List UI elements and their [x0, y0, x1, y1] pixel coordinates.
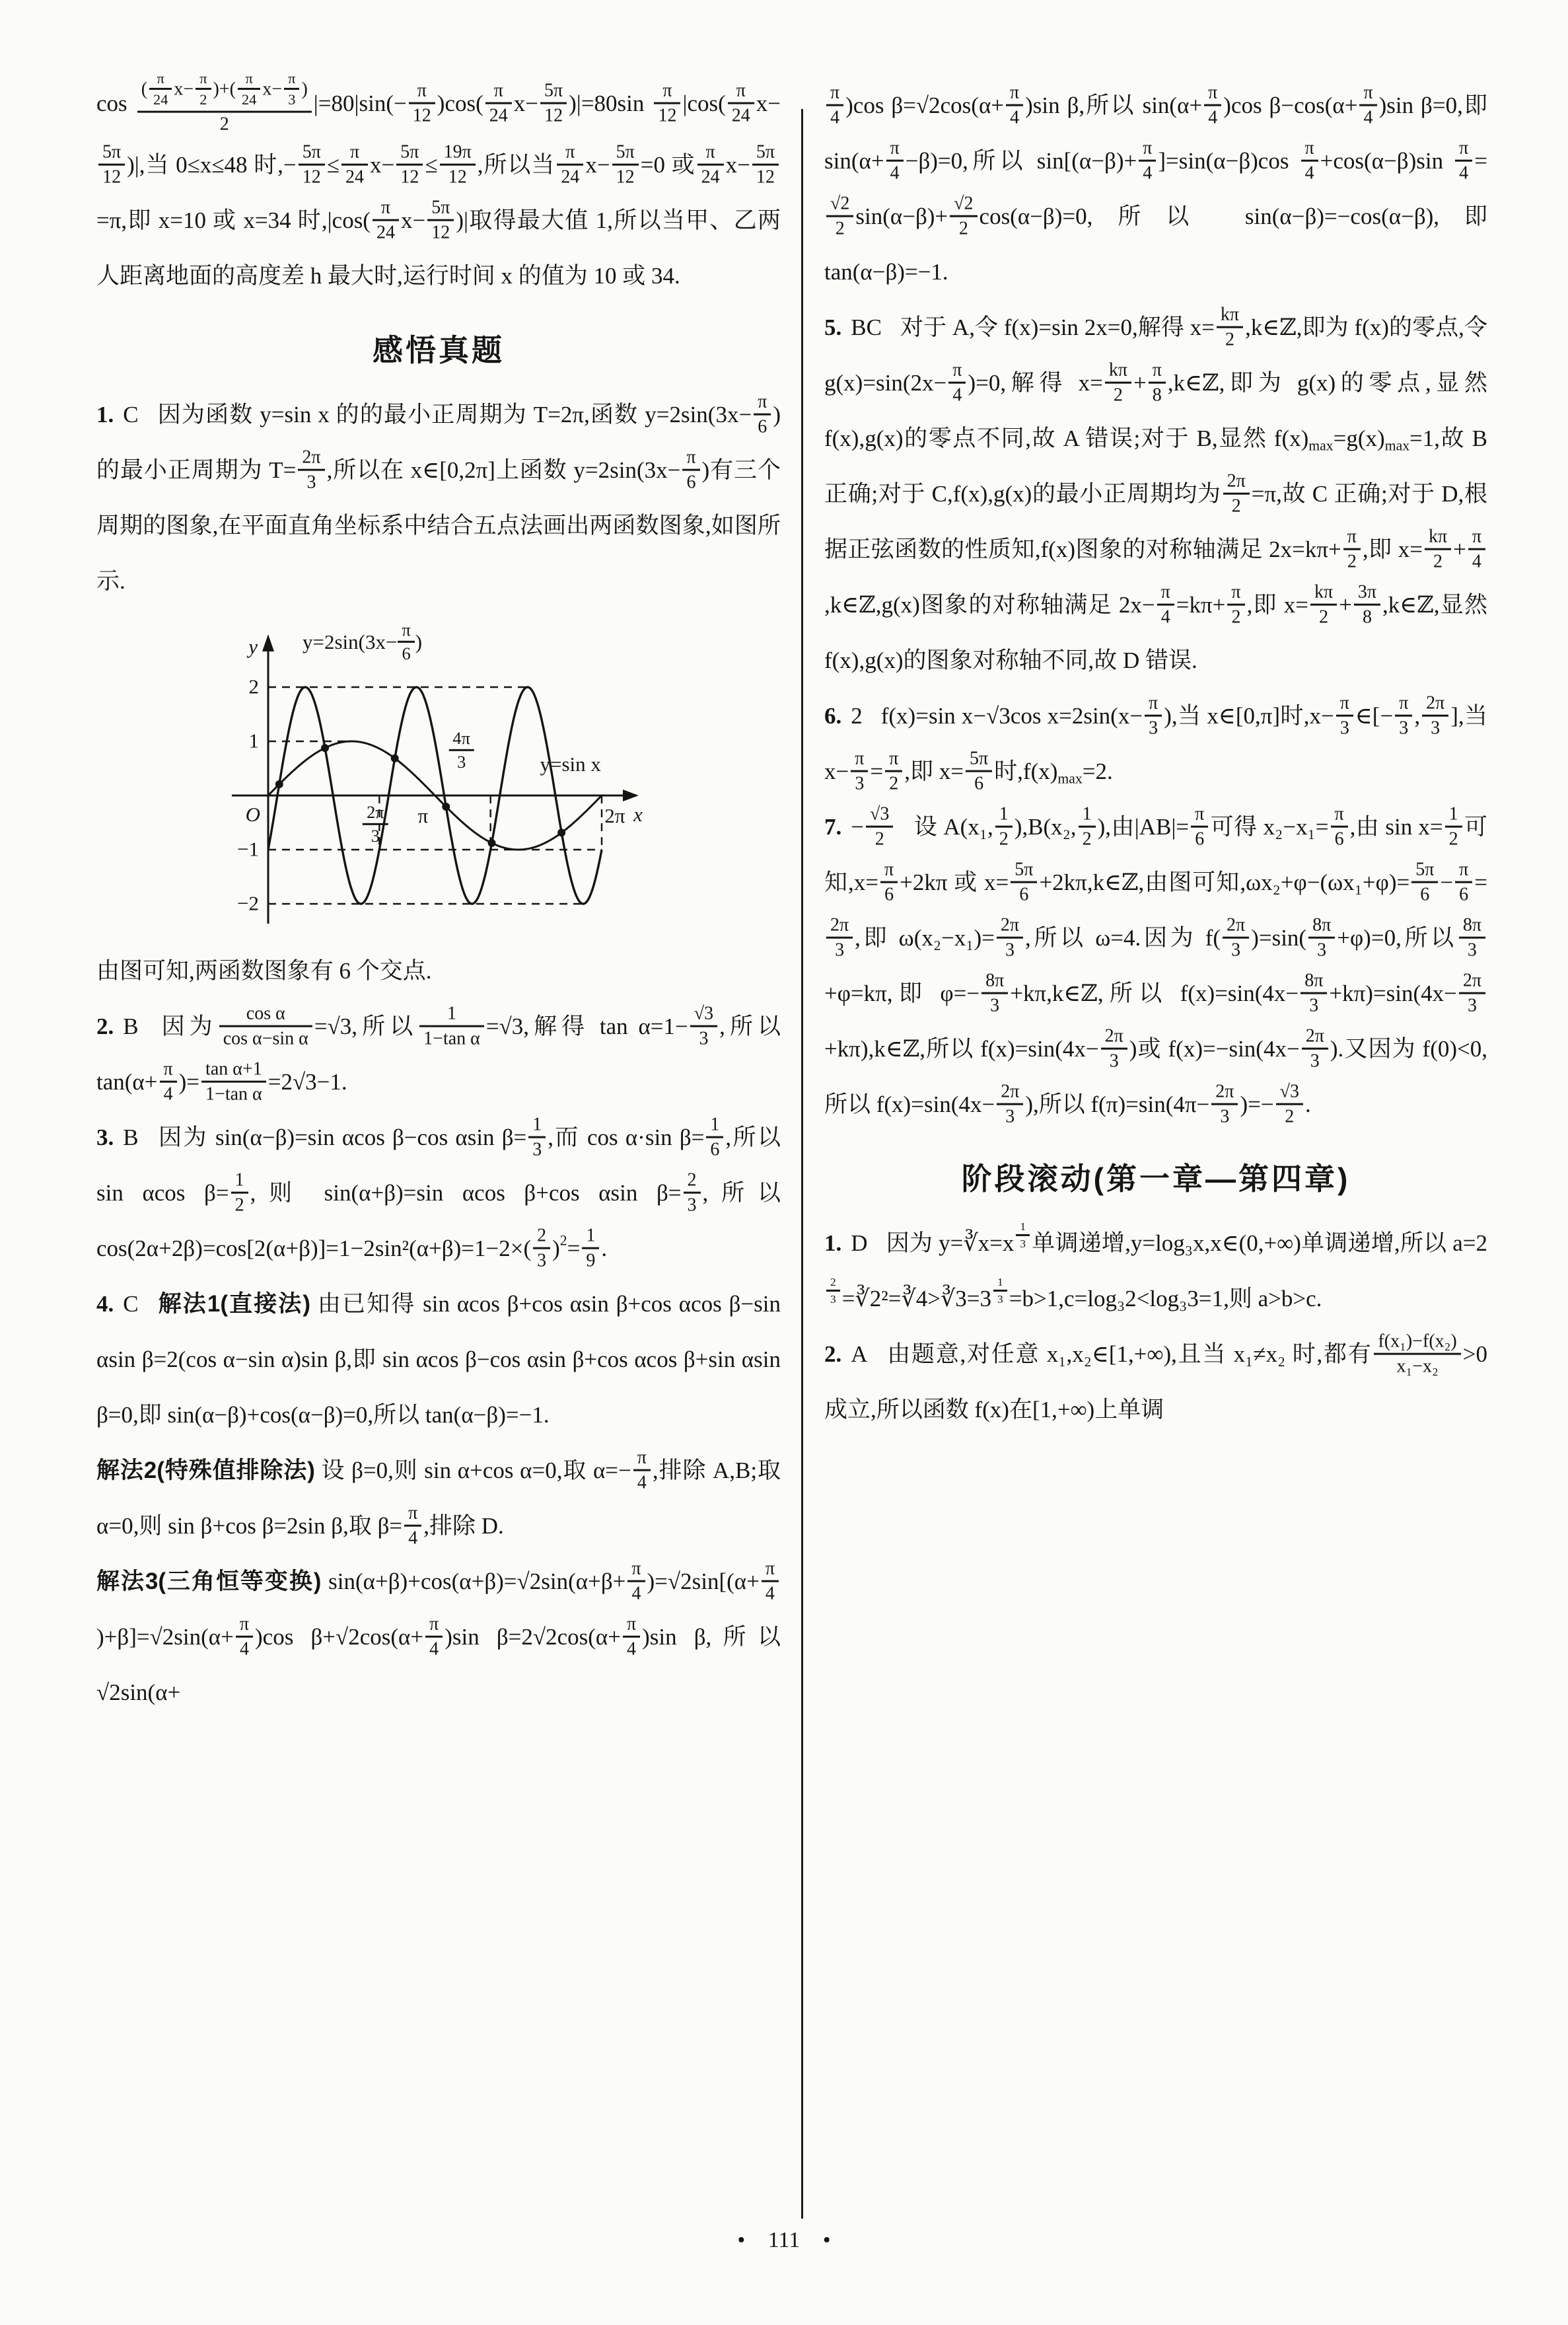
x-tick-label: π [418, 805, 429, 828]
solution-text: 由图可知,两函数图象有 6 个交点. [96, 958, 432, 984]
column-divider [801, 109, 803, 2219]
x-tick-label: 2π [604, 805, 625, 828]
item-number: 3. [96, 1125, 114, 1150]
item-number: 5. [824, 314, 841, 340]
y-tick-label: 2 [249, 675, 260, 698]
paragraph: 解法3(三角恒等变换) sin(α+β)+cos(α+β)=√2sin(α+β+… [96, 1554, 781, 1720]
item-number: 7. [824, 814, 841, 840]
page-number: • 111 • [0, 2228, 1568, 2253]
answer-label: A [851, 1341, 867, 1367]
solution-text: 因为 y=∛x=x13单调递增,y=log₃x,x∈(0,+∞)单调递增,所以 … [824, 1230, 1487, 1311]
solution-item: 1.D因为 y=∛x=x13单调递增,y=log₃x,x∈(0,+∞)单调递增,… [824, 1216, 1487, 1327]
figure-plot [205, 621, 641, 937]
section-heading: 感悟真题 [96, 326, 781, 370]
paragraph: π4)cos β=√2cos(α+π4)sin β,所以 sin(α+π4)co… [824, 78, 1487, 300]
solution-text: 由题意,对任意 x₁,x₂∈[1,+∞),且当 x₁≠x₂ 时,都有f(x₁)−… [824, 1341, 1487, 1422]
solution-text: 解法3(三角恒等变换) sin(α+β)+cos(α+β)=√2sin(α+β+… [96, 1568, 781, 1705]
answer-label: 2 [851, 703, 863, 729]
solution-item: 3.B因为 sin(α−β)=sin αcos β−cos αsin β=13,… [96, 1110, 781, 1276]
answer-label: C [123, 1291, 138, 1317]
origin-label: O [246, 803, 260, 827]
y-tick-label: −1 [237, 838, 259, 861]
solution-text: 因为 sin(α−β)=sin αcos β−cos αsin β=13,而 c… [96, 1125, 781, 1261]
item-number: 2. [96, 1014, 114, 1039]
answer-label: C [123, 402, 138, 427]
curve-label-2sin: y=2sin(3x−π6) [303, 622, 422, 666]
solution-text: 解法1(直接法) 由已知得 sin αcos β+cos αsin β+cos … [96, 1291, 781, 1428]
solution-item: 6.2f(x)=sin x−√3cos x=2sin(x−π3),当 x∈[0,… [824, 688, 1487, 799]
solution-item: 2.B因为cos αcos α−sin α=√3,所以11−tan α=√3,解… [96, 999, 781, 1110]
solution-text: f(x)=sin x−√3cos x=2sin(x−π3),当 x∈[0,π]时… [824, 703, 1487, 784]
y-tick-label: −2 [237, 892, 259, 915]
answer-label: B [123, 1014, 138, 1039]
paragraph: 解法2(特殊值排除法) 设 β=0,则 sin α+cos α=0,取 α=−π… [96, 1443, 781, 1554]
x-axis-label: x [633, 803, 643, 827]
paragraph: cos (π24x−π2)+(π24x−π3)2|=80|sin(−π12)co… [96, 74, 781, 304]
solution-text: 因为函数 y=sin x 的的最小正周期为 T=2π,函数 y=2sin(3x−… [96, 402, 781, 594]
item-number: 1. [96, 402, 114, 427]
item-number: 2. [824, 1341, 841, 1367]
curve-label-sin: y=sin x [540, 753, 601, 776]
x-tick-label: 2π3 [362, 805, 388, 848]
solution-text: cos (π24x−π2)+(π24x−π3)2|=80|sin(−π12)co… [96, 91, 781, 289]
paragraph: 由图可知,两函数图象有 6 个交点. [96, 943, 781, 999]
item-number: 4. [96, 1291, 114, 1317]
y-tick-label: 1 [249, 729, 260, 753]
answer-label: −√32 [851, 814, 895, 840]
item-number: 1. [824, 1230, 841, 1256]
function-graph-figure: 21−1−22π3π4π32πOyxy=2sin(3x−π6)y=sin x [205, 621, 641, 937]
answer-label: B [123, 1125, 138, 1150]
solution-text: π4)cos β=√2cos(α+π4)sin β,所以 sin(α+π4)co… [824, 92, 1487, 285]
solution-item: 1.C因为函数 y=sin x 的的最小正周期为 T=2π,函数 y=2sin(… [96, 387, 781, 609]
y-axis-label: y [248, 636, 258, 659]
solution-text: 对于 A,令 f(x)=sin 2x=0,解得 x=kπ2,k∈ℤ,即为 f(x… [824, 314, 1487, 673]
solution-text: 设 A(x₁,12),B(x₂,12),由|AB|=π6可得 x₂−x₁=π6,… [824, 814, 1487, 1117]
section-heading: 阶段滚动(第一章—第四章) [824, 1155, 1487, 1199]
solution-text: 解法2(特殊值排除法) 设 β=0,则 sin α+cos α=0,取 α=−π… [96, 1458, 781, 1539]
solution-item: 5.BC对于 A,令 f(x)=sin 2x=0,解得 x=kπ2,k∈ℤ,即为… [824, 300, 1487, 688]
right-column: π4)cos β=√2cos(α+π4)sin β,所以 sin(α+π4)co… [824, 78, 1487, 1438]
solution-text: 因为cos αcos α−sin α=√3,所以11−tan α=√3,解得 t… [96, 1014, 781, 1095]
solution-item: 4.C解法1(直接法) 由已知得 sin αcos β+cos αsin β+c… [96, 1276, 781, 1443]
left-column: cos (π24x−π2)+(π24x−π3)2|=80|sin(−π12)co… [96, 74, 781, 1720]
solution-item: 7.−√32设 A(x₁,12),B(x₂,12),由|AB|=π6可得 x₂−… [824, 799, 1487, 1132]
answer-label: BC [851, 314, 882, 340]
item-number: 6. [824, 703, 841, 729]
x-tick-label: 4π3 [448, 731, 474, 774]
solution-item: 2.A由题意,对任意 x₁,x₂∈[1,+∞),且当 x₁≠x₂ 时,都有f(x… [824, 1327, 1487, 1438]
answer-label: D [851, 1230, 867, 1256]
